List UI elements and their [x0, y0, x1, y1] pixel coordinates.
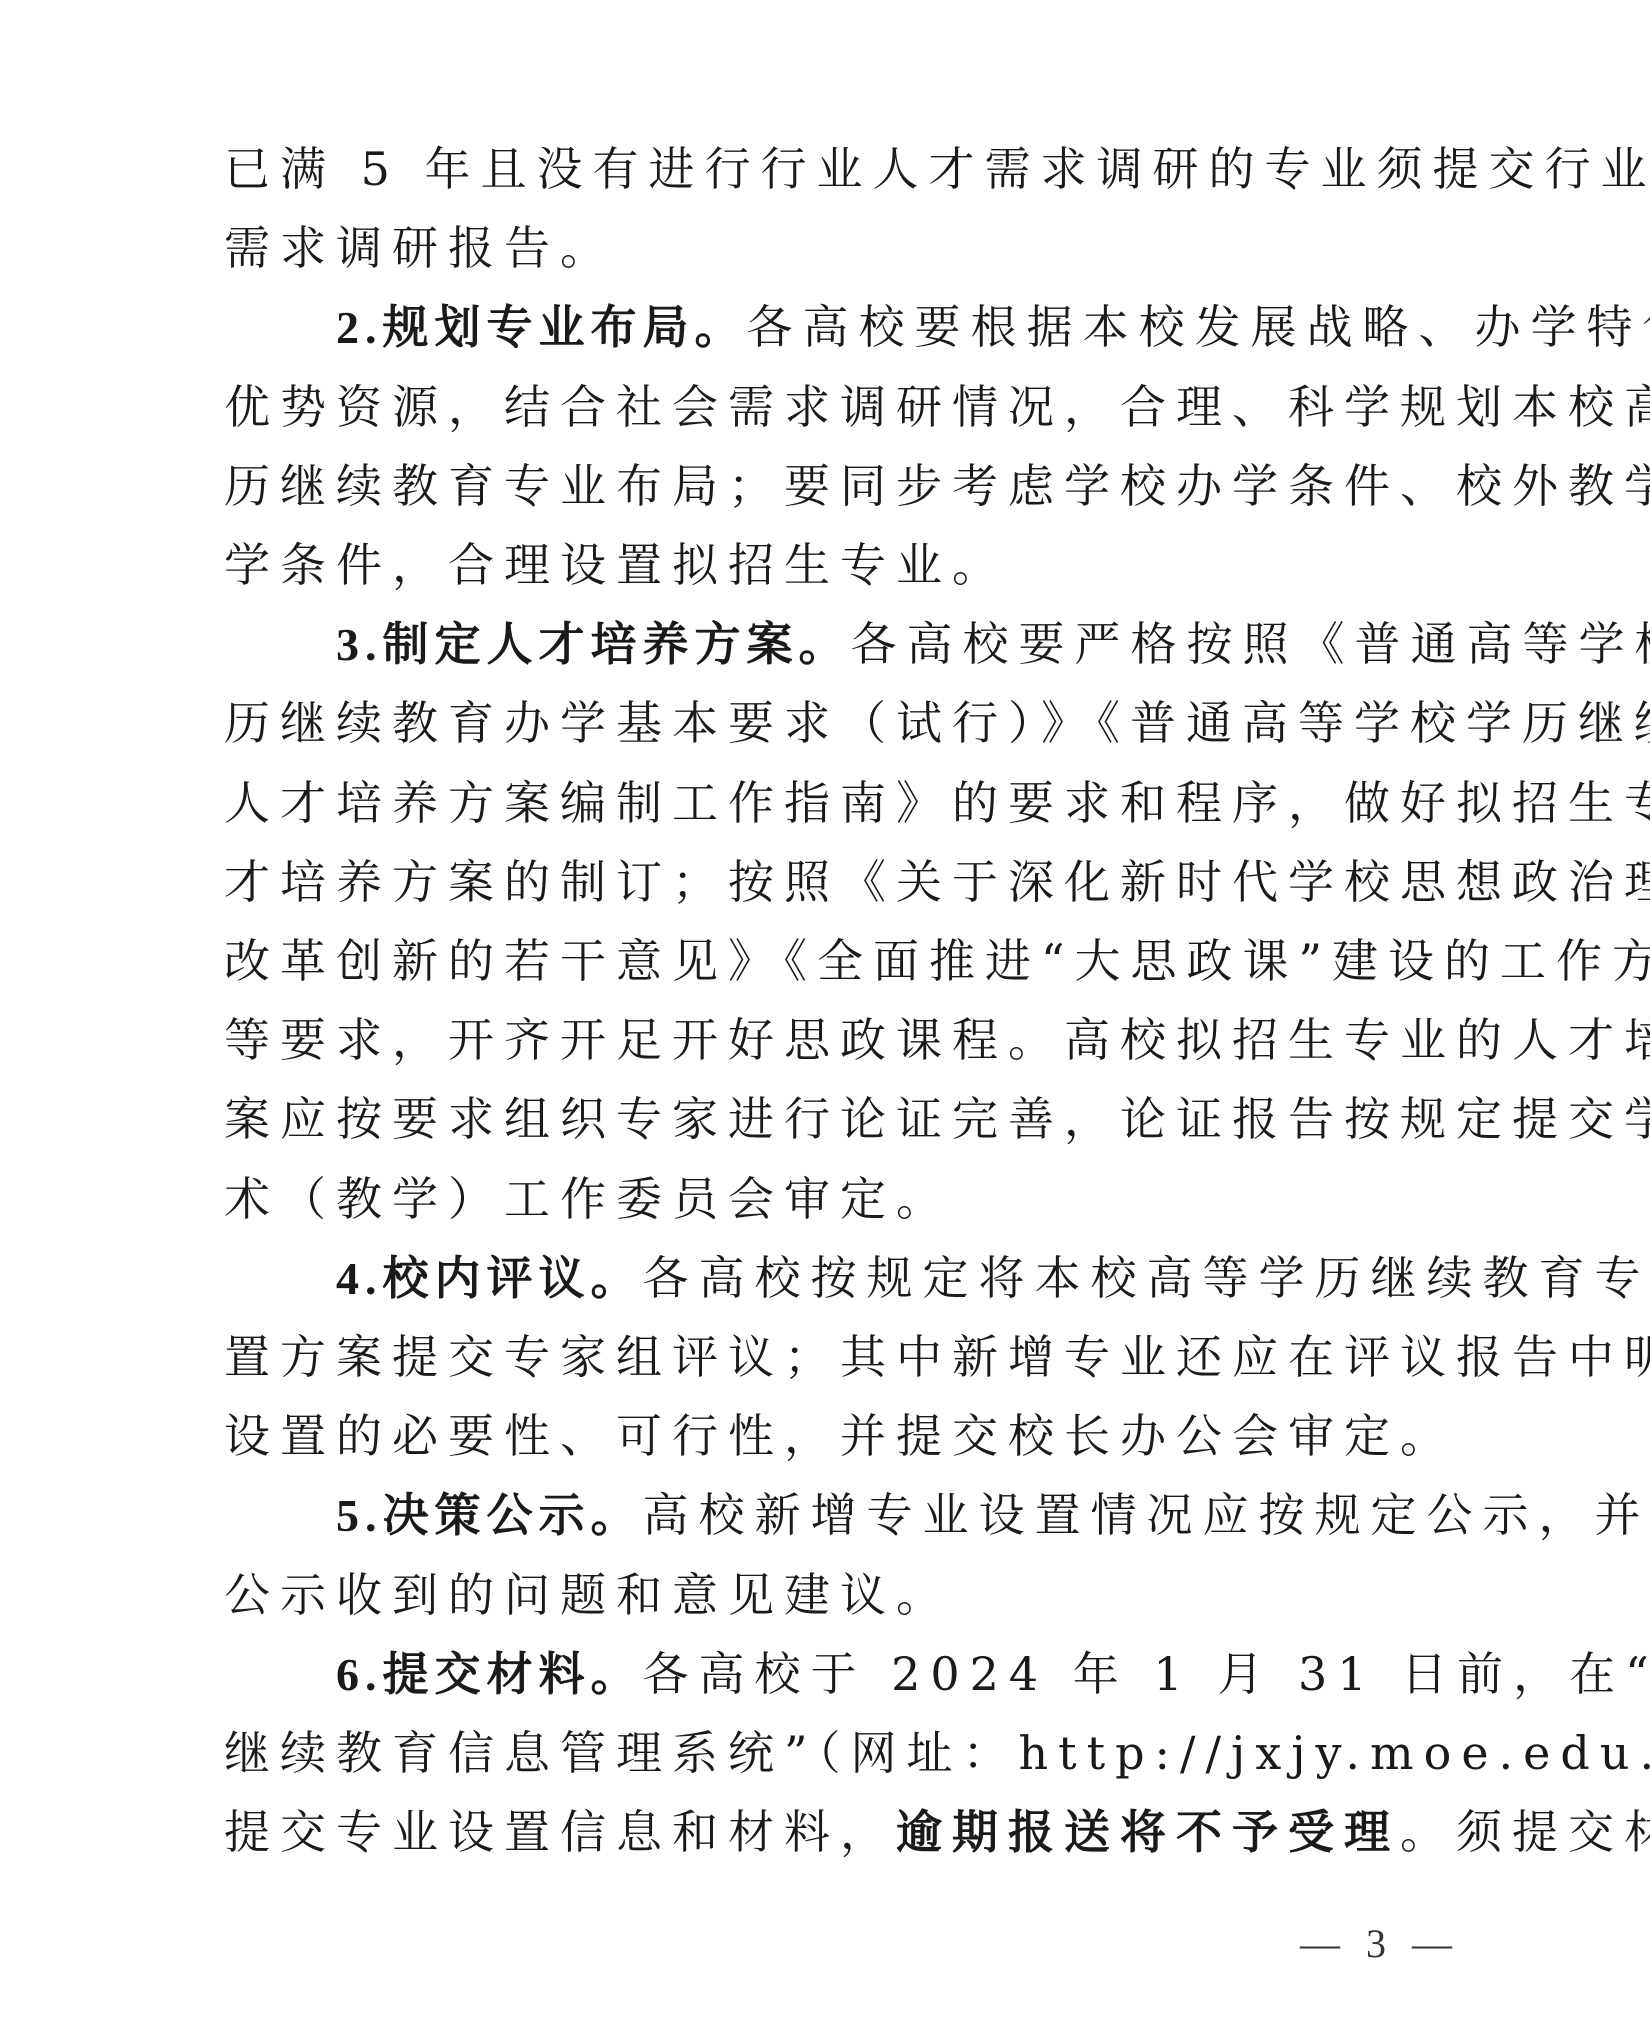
text-line: 6.提交材料。各高校于 2024 年 1 月 31 日前，在“全国高等 — [224, 1635, 1464, 1714]
text-line: 优势资源，结合社会需求调研情况，合理、科学规划本校高等学 — [224, 368, 1464, 447]
text-line: 等要求，开齐开足开好思政课程。高校拟招生专业的人才培养方 — [224, 1001, 1464, 1080]
text-line: 4.校内评议。各高校按规定将本校高等学历继续教育专业设 — [224, 1239, 1464, 1318]
text-line: 公示收到的问题和意见建议。 — [224, 1556, 1464, 1635]
text-line: 已满 5 年且没有进行行业人才需求调研的专业须提交行业人才 — [224, 130, 1464, 209]
text-line: 改革创新的若干意见》《全面推进“大思政课”建设的工作方案》 — [224, 922, 1464, 1001]
text-line: 3.制定人才培养方案。各高校要严格按照《普通高等学校学 — [224, 605, 1464, 684]
section-heading-4: 4.校内评议。 — [336, 1253, 643, 1304]
text-line: 才培养方案的制订；按照《关于深化新时代学校思想政治理论课 — [224, 843, 1464, 922]
section-heading-6: 6.提交材料。 — [336, 1649, 643, 1700]
text-line: 历继续教育专业布局；要同步考虑学校办学条件、校外教学点办 — [224, 447, 1464, 526]
section-heading-2: 2.规划专业布局。 — [336, 302, 747, 353]
text-line: 历继续教育办学基本要求（试行）》《普通高等学校学历继续教育 — [224, 684, 1464, 763]
section-heading-5: 5.决策公示。 — [336, 1490, 643, 1541]
paragraph-training-plan: 3.制定人才培养方案。各高校要严格按照《普通高等学校学 历继续教育办学基本要求（… — [224, 605, 1464, 1239]
text-line: 学条件，合理设置拟招生专业。 — [224, 526, 1464, 605]
text-line: 案应按要求组织专家进行论证完善，论证报告按规定提交学校学 — [224, 1080, 1464, 1159]
paragraph-internal-review: 4.校内评议。各高校按规定将本校高等学历继续教育专业设 置方案提交专家组评议；其… — [224, 1239, 1464, 1477]
paragraph-continued: 已满 5 年且没有进行行业人才需求调研的专业须提交行业人才 需求调研报告。 — [224, 130, 1464, 288]
paragraph-public-notice: 5.决策公示。高校新增专业设置情况应按规定公示，并回应 公示收到的问题和意见建议… — [224, 1476, 1464, 1634]
paragraph-plan-layout: 2.规划专业布局。各高校要根据本校发展战略、办学特色和 优势资源，结合社会需求调… — [224, 288, 1464, 605]
document-page: 已满 5 年且没有进行行业人才需求调研的专业须提交行业人才 需求调研报告。 2.… — [0, 0, 1650, 2020]
emphasis-deadline-warning: 逾期报送将不予受理 — [896, 1805, 1400, 1859]
text-line: 置方案提交专家组评议；其中新增专业还应在评议报告中明确其 — [224, 1318, 1464, 1397]
text-line: 提交专业设置信息和材料，逾期报送将不予受理。须提交材料包 — [224, 1793, 1464, 1872]
section-heading-3: 3.制定人才培养方案。 — [336, 619, 851, 670]
text-line: 术（教学）工作委员会审定。 — [224, 1160, 1464, 1239]
text-line: 人才培养方案编制工作指南》的要求和程序，做好拟招生专业人 — [224, 764, 1464, 843]
text-line: 继续教育信息管理系统”（网址：http://jxjy.moe.edu.cn）填报… — [224, 1714, 1464, 1793]
text-line: 5.决策公示。高校新增专业设置情况应按规定公示，并回应 — [224, 1476, 1464, 1555]
document-body: 已满 5 年且没有进行行业人才需求调研的专业须提交行业人才 需求调研报告。 2.… — [224, 130, 1464, 1872]
paragraph-submit-materials: 6.提交材料。各高校于 2024 年 1 月 31 日前，在“全国高等 继续教育… — [224, 1635, 1464, 1873]
text-line: 2.规划专业布局。各高校要根据本校发展战略、办学特色和 — [224, 288, 1464, 367]
page-number: — 3 — — [1300, 1920, 1460, 1967]
text-line: 需求调研报告。 — [224, 209, 1464, 288]
text-line: 设置的必要性、可行性，并提交校长办公会审定。 — [224, 1397, 1464, 1476]
